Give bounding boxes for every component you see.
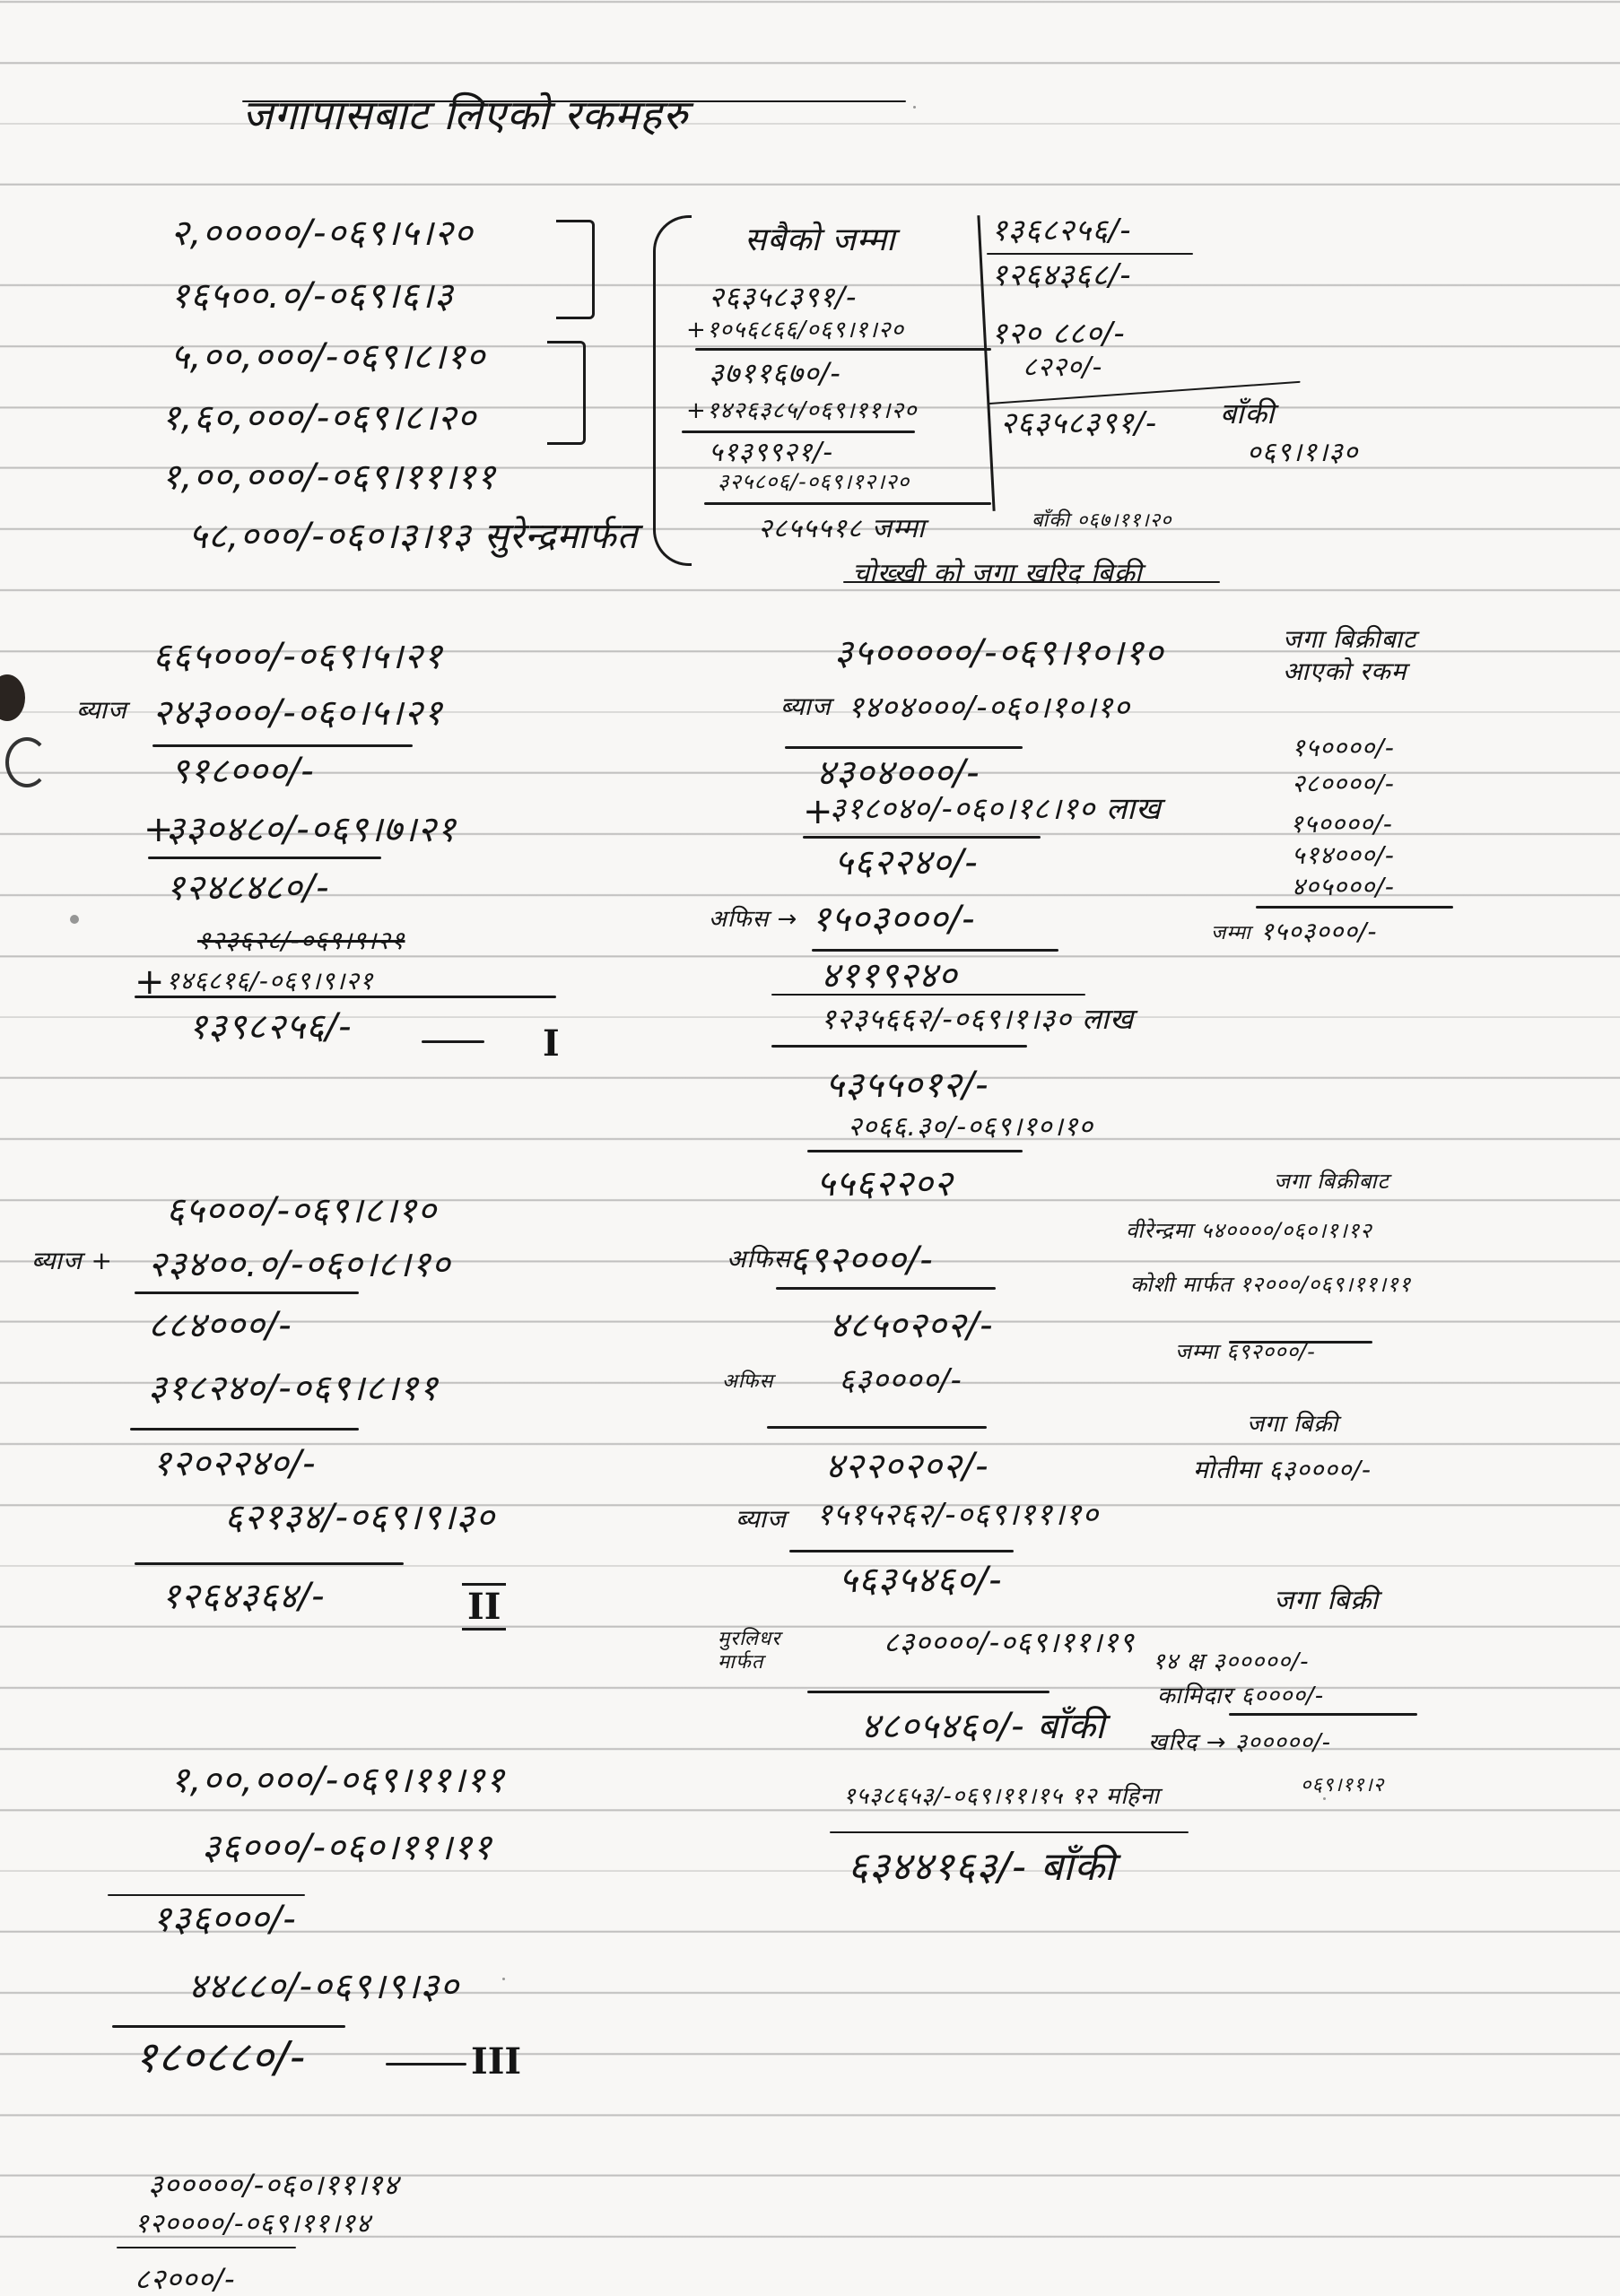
- section-header: जगा बिक्री: [1274, 1587, 1379, 1614]
- sale-line: खरिद → ३०००००/-: [1148, 1731, 1331, 1754]
- calc-result: ८२०००/-: [135, 2265, 236, 2293]
- calc-line: ५६३५४६०/-: [839, 1562, 1003, 1598]
- brace: [653, 215, 692, 566]
- sale-value: १५००००/-: [1292, 735, 1395, 761]
- calc-result: १३९८२५६/-: [188, 1009, 353, 1045]
- calc-line: २४३०००/-०६०।५।२१: [152, 695, 443, 731]
- calc-line: १२०२२४०/-: [152, 1446, 317, 1482]
- calc-line: १४६८१६/-०६९।९।२१: [166, 969, 373, 994]
- calc-line: १५३८६५३/-०६९।११।१५ १२ महिना: [843, 1785, 1160, 1808]
- entry: ५,००,०००/-०६९।८।१०: [170, 339, 485, 375]
- calc-line: ४८०५४६०/- बाँकी: [861, 1709, 1106, 1744]
- sale-value: २८००००/-: [1292, 771, 1395, 796]
- calc-line: ४८५०२०२/-: [830, 1308, 994, 1344]
- calc-line: ६२१३४/-०६९।९।३०: [224, 1500, 495, 1535]
- value: १२६४३६८/-: [991, 260, 1131, 291]
- calc-line: ६९२०००/-: [789, 1242, 934, 1278]
- line-prefix: ब्याज: [76, 698, 127, 723]
- calc-line: ५३५५०१२/-: [825, 1067, 989, 1103]
- calc-note: बाँकी ०६७।११।२०: [1032, 511, 1172, 531]
- calc-line: १२००००/-०६९।११।१४: [135, 2211, 370, 2238]
- calc-line: ६५०००/-०६९।८।१०: [166, 1193, 437, 1229]
- section-marker: II: [462, 1583, 506, 1631]
- value: १३६८२५६/-: [991, 215, 1131, 246]
- entry: २,०००००/-०६९।५।२०: [170, 215, 474, 251]
- section-caption: चोख्खी को जगा खरिद बिक्री: [852, 561, 1143, 587]
- calc-line: ३०००००/-०६०।११।१४: [148, 2170, 399, 2199]
- entry: १६५००.०/-०६९।६।३: [170, 278, 454, 314]
- calc-result: १२६४३६४/-: [161, 1578, 326, 1614]
- section-header: जगा बिक्री: [1247, 1413, 1338, 1436]
- calc-line: +१०५६८६६/०६९।१।२०: [686, 318, 904, 342]
- line-prefix: ब्याज: [736, 1507, 787, 1532]
- ledger-page: जगापासबाट लिएको रकमहरु २,०००००/-०६९।५।२०…: [0, 0, 1620, 2296]
- section-header: सबैको जम्मा: [745, 224, 896, 257]
- calc-line: +१४२६३८५/०६९।११।२०: [686, 399, 918, 422]
- calc-line: ३५०००००/-०६९।१०।१०: [834, 635, 1163, 671]
- calc-line: ३३०४८०/-०६९।७।२१: [166, 812, 457, 848]
- calc-line: ८३००००/-०६९।११।१९: [884, 1628, 1135, 1657]
- calc-line: १२४८४८०/-: [166, 870, 330, 906]
- calc-result: १८०८८०/-: [135, 2036, 306, 2079]
- line-prefix: अफिस: [722, 1372, 773, 1392]
- line-prefix: अफिस →: [709, 908, 797, 931]
- section-marker: III: [471, 2040, 521, 2083]
- line-prefix: +: [135, 964, 166, 1000]
- calc-line: १५१५२६२/-०६९।११।१०: [816, 1500, 1099, 1530]
- calc-line: ३१८०४०/-०६०।१८।१० लाख: [830, 794, 1162, 824]
- calc-line: ३२५८०६/-०६९।१२।२०: [718, 471, 910, 492]
- calc-line: ४३०४०००/-: [816, 755, 980, 791]
- line-prefix: मुरलिधर मार्फत: [718, 1628, 816, 1675]
- entry: १,६०,०००/-०६९।८।२०: [161, 400, 476, 436]
- calc-line-struck: १२३६२८/-०६९।९।२१: [197, 928, 405, 953]
- sale-value: ५१४०००/-: [1292, 843, 1395, 868]
- calc-line: १३६०००/-: [152, 1901, 297, 1937]
- sale-date: ०६९।११।२: [1301, 1776, 1384, 1796]
- remaining-label: बाँकी: [1220, 399, 1275, 428]
- sale-line: १४ क्ष ३०००००/-: [1153, 1650, 1309, 1674]
- bracket: [556, 220, 595, 319]
- punch-hole: [5, 737, 48, 787]
- sale-line: कोशी मार्फत १२०००/०६९।११।११: [1130, 1274, 1411, 1295]
- section-header: जगा बिक्रीबाट: [1274, 1170, 1389, 1192]
- total-label: जम्मा: [1211, 924, 1251, 944]
- calc-line: ४४८८०/-०६९।९।३०: [188, 1969, 459, 2005]
- calc-total: २८५५५१८ जम्मा: [758, 516, 926, 543]
- section-header: जगा बिक्रीबाट आएको रकम: [1283, 623, 1444, 689]
- calc-line: ३७११६७०/-: [709, 359, 841, 387]
- punch-hole: [0, 674, 25, 721]
- value: ८२२०/-: [1023, 354, 1102, 381]
- line-prefix: ब्याज: [780, 694, 832, 719]
- calc-line: २०६६.३०/-०६९।१०।१०: [848, 1114, 1093, 1141]
- calc-line: ५६२२४०/-: [834, 845, 979, 881]
- line-prefix: अफिस: [727, 1247, 791, 1272]
- bracket: [547, 341, 586, 445]
- sale-value: ४०५०००/-: [1292, 874, 1395, 900]
- calc-line: ९१८०००/-: [170, 753, 315, 789]
- calc-line: १५०३०००/-: [812, 901, 976, 937]
- calc-result: ६३४४१६३/- बाँकी: [848, 1848, 1116, 1887]
- value-total: २६३५८३९१/-: [1000, 408, 1157, 439]
- calc-line: २३४००.०/-०६०।८।१०: [148, 1247, 451, 1283]
- calc-line: ६३००००/-: [839, 1365, 962, 1396]
- calc-line: १४०४०००/-०६०।१०।१०: [848, 692, 1130, 723]
- sale-total: १५०३०००/-: [1260, 919, 1377, 944]
- section-marker: I: [543, 1022, 560, 1065]
- calc-line: १,००,०००/-०६९।११।११: [170, 1762, 505, 1798]
- calc-line: ६६५०००/-०६९।५।२१: [152, 639, 443, 674]
- calc-line: २६३५८३९१/-: [709, 283, 857, 311]
- sale-total: जम्मा ६९२०००/-: [1175, 1341, 1316, 1362]
- calc-line: ४११९२४०: [821, 958, 958, 994]
- entry: ५८,०००/-०६०।३।१३ सुरेन्द्रमार्फत: [188, 518, 638, 554]
- value: १२० ८८०/-: [991, 318, 1126, 349]
- calc-line: ४२२०२०२/-: [825, 1448, 989, 1484]
- calc-line: ५१३९९२१/-: [709, 439, 833, 466]
- sale-line: वीरेन्द्रमा ५४००००/०६०।१।१२: [1126, 1220, 1372, 1241]
- calc-line: ३१८२४०/-०६९।८।११: [148, 1370, 439, 1406]
- calc-result: ५५६२२०२: [816, 1166, 954, 1202]
- entry: १,००,०००/-०६९।११।११: [161, 459, 496, 495]
- calc-line: ८८४०००/-: [148, 1308, 292, 1344]
- line-prefix: ब्याज +: [31, 1248, 113, 1274]
- sale-line: कामिदार ६००००/-: [1157, 1684, 1324, 1708]
- sale-value: १५००००/-: [1290, 812, 1393, 837]
- calc-line: १२३५६६२/-०६९।१।३० लाख: [821, 1004, 1134, 1033]
- remaining-date: ०६९।१।३०: [1247, 439, 1358, 466]
- sale-line: मोतीमा ६३००००/-: [1193, 1457, 1372, 1483]
- calc-line: ३६०००/-०६०।११।११: [202, 1830, 492, 1865]
